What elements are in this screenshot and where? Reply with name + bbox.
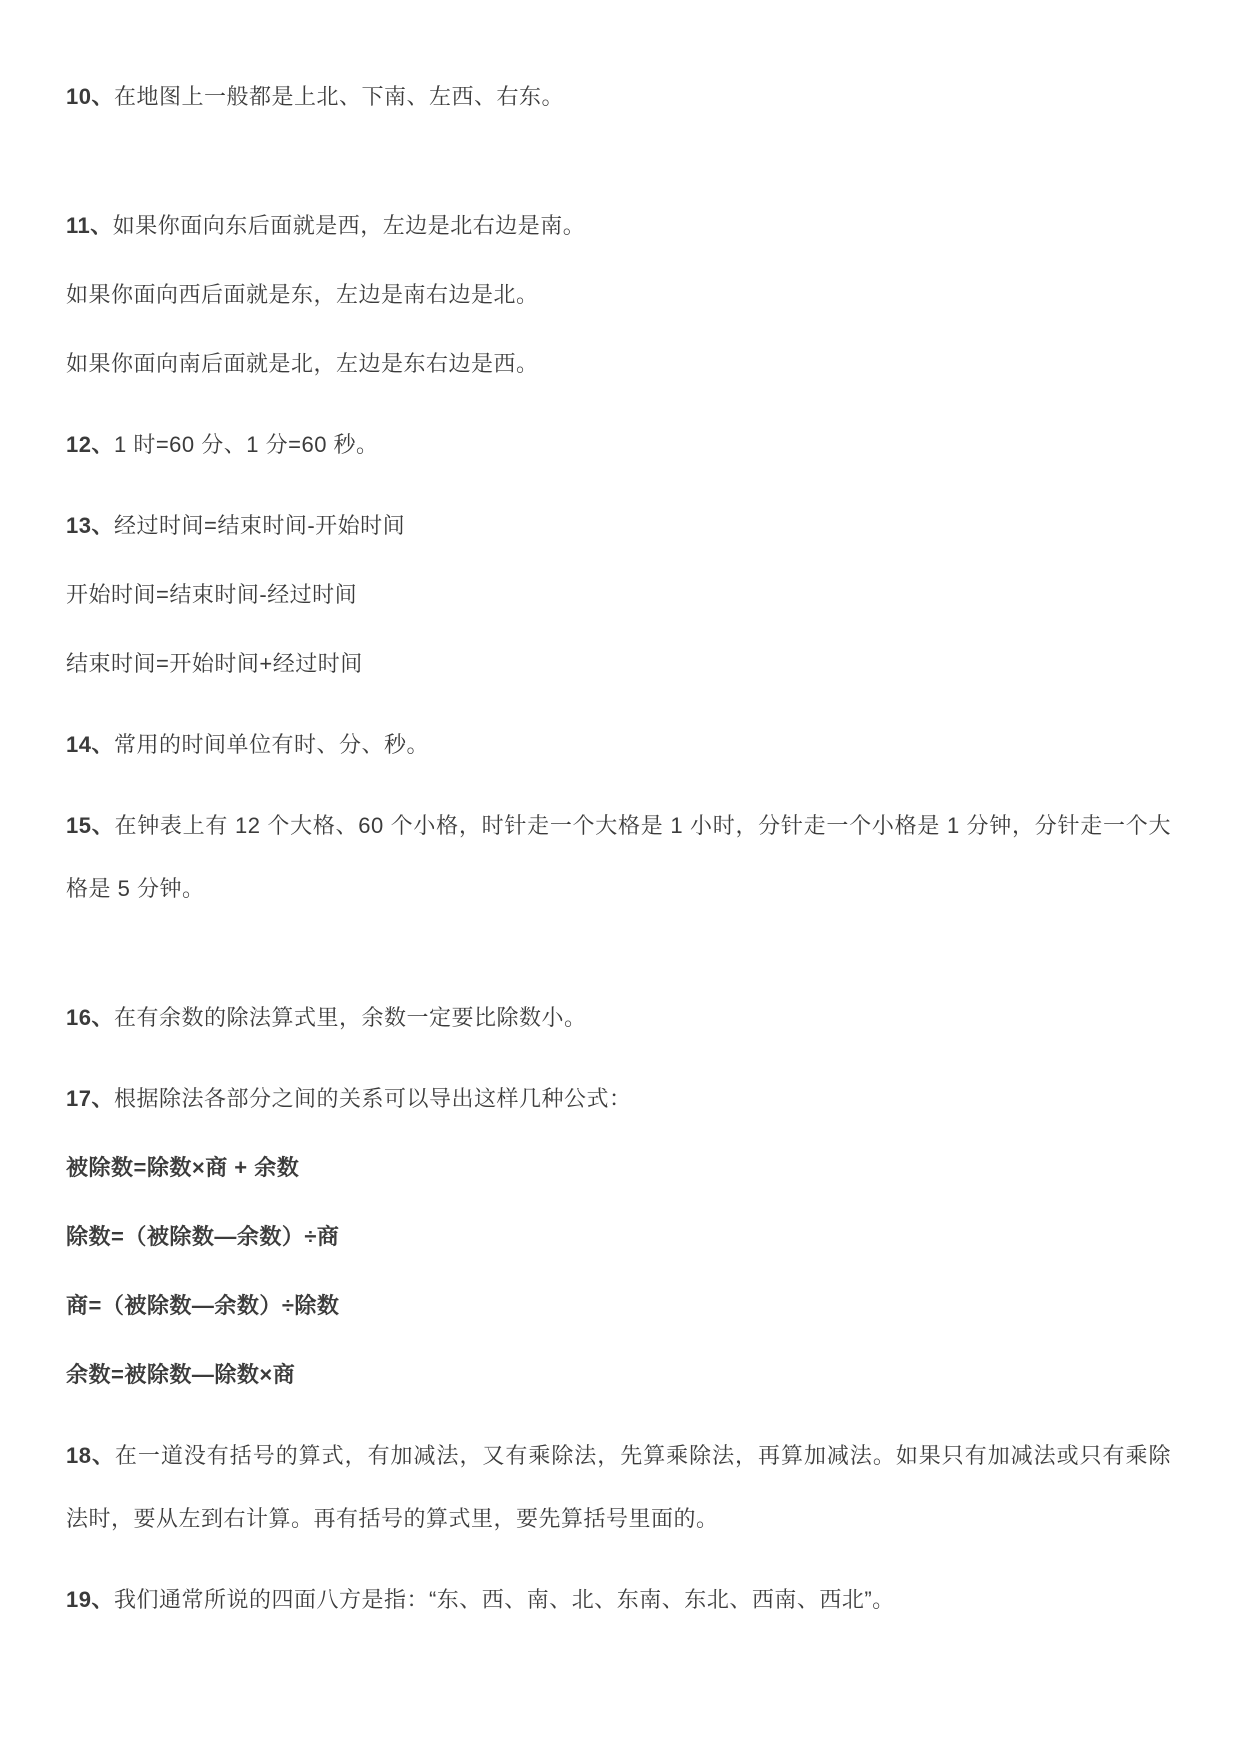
- note-item-13-line-3: 结束时间=开始时间+经过时间: [66, 632, 1171, 695]
- document-page: 10、在地图上一般都是上北、下南、左西、右东。 11、如果你面向东后面就是西，左…: [0, 0, 1241, 1754]
- item-number: 15、: [66, 813, 114, 838]
- item-text: 在有余数的除法算式里，余数一定要比除数小。: [114, 1005, 587, 1030]
- formula-text: 商=（被除数—余数）÷除数: [66, 1293, 339, 1318]
- item-number: 10、: [66, 84, 114, 109]
- item-text: 在钟表上有 12 个大格、60 个小格，时针走一个大格是 1 小时，分针走一个小…: [66, 813, 1171, 901]
- formula-dividend: 被除数=除数×商 + 余数: [66, 1136, 1171, 1199]
- item-text: 在地图上一般都是上北、下南、左西、右东。: [114, 84, 564, 109]
- note-item-15: 15、在钟表上有 12 个大格、60 个小格，时针走一个大格是 1 小时，分针走…: [66, 794, 1171, 920]
- note-item-16: 16、在有余数的除法算式里，余数一定要比除数小。: [66, 986, 1171, 1049]
- note-item-13-line-2: 开始时间=结束时间-经过时间: [66, 563, 1171, 626]
- formula-divisor: 除数=（被除数—余数）÷商: [66, 1205, 1171, 1268]
- item-number: 16、: [66, 1005, 114, 1030]
- item-text: 如果你面向西后面就是东，左边是南右边是北。: [66, 282, 539, 307]
- note-item-11-line-1: 11、如果你面向东后面就是西，左边是北右边是南。: [66, 194, 1171, 257]
- note-item-17: 17、根据除法各部分之间的关系可以导出这样几种公式：: [66, 1067, 1171, 1130]
- note-item-12: 12、1 时=60 分、1 分=60 秒。: [66, 413, 1171, 476]
- item-number: 14、: [66, 732, 114, 757]
- item-text: 开始时间=结束时间-经过时间: [66, 582, 357, 607]
- item-text: 结束时间=开始时间+经过时间: [66, 651, 363, 676]
- formula-quotient: 商=（被除数—余数）÷除数: [66, 1274, 1171, 1337]
- item-text: 在一道没有括号的算式，有加减法，又有乘除法，先算乘除法，再算加减法。如果只有加减…: [66, 1443, 1171, 1531]
- note-item-11-line-2: 如果你面向西后面就是东，左边是南右边是北。: [66, 263, 1171, 326]
- item-text: 常用的时间单位有时、分、秒。: [114, 732, 429, 757]
- formula-text: 除数=（被除数—余数）÷商: [66, 1224, 339, 1249]
- item-number: 17、: [66, 1086, 114, 1111]
- item-text: 根据除法各部分之间的关系可以导出这样几种公式：: [114, 1086, 632, 1111]
- item-text: 1 时=60 分、1 分=60 秒。: [114, 432, 379, 457]
- item-number: 13、: [66, 513, 114, 538]
- item-number: 19、: [66, 1587, 114, 1612]
- note-item-19: 19、我们通常所说的四面八方是指：“东、西、南、北、东南、东北、西南、西北”。: [66, 1568, 1171, 1631]
- page-content: 10、在地图上一般都是上北、下南、左西、右东。 11、如果你面向东后面就是西，左…: [0, 0, 1241, 1631]
- item-text: 如果你面向东后面就是西，左边是北右边是南。: [113, 213, 586, 238]
- item-text: 如果你面向南后面就是北，左边是东右边是西。: [66, 351, 539, 376]
- note-item-13-line-1: 13、经过时间=结束时间-开始时间: [66, 494, 1171, 557]
- note-item-11-line-3: 如果你面向南后面就是北，左边是东右边是西。: [66, 332, 1171, 395]
- note-item-10: 10、在地图上一般都是上北、下南、左西、右东。: [66, 65, 1171, 128]
- item-text: 经过时间=结束时间-开始时间: [114, 513, 405, 538]
- formula-text: 余数=被除数—除数×商: [66, 1362, 295, 1387]
- formula-text: 被除数=除数×商 + 余数: [66, 1155, 299, 1180]
- item-number: 12、: [66, 432, 114, 457]
- item-number: 18、: [66, 1443, 115, 1468]
- item-text: 我们通常所说的四面八方是指：“东、西、南、北、东南、东北、西南、西北”。: [114, 1587, 895, 1612]
- item-number: 11、: [66, 213, 113, 238]
- note-item-14: 14、常用的时间单位有时、分、秒。: [66, 713, 1171, 776]
- note-item-18: 18、在一道没有括号的算式，有加减法，又有乘除法，先算乘除法，再算加减法。如果只…: [66, 1424, 1171, 1550]
- formula-remainder: 余数=被除数—除数×商: [66, 1343, 1171, 1406]
